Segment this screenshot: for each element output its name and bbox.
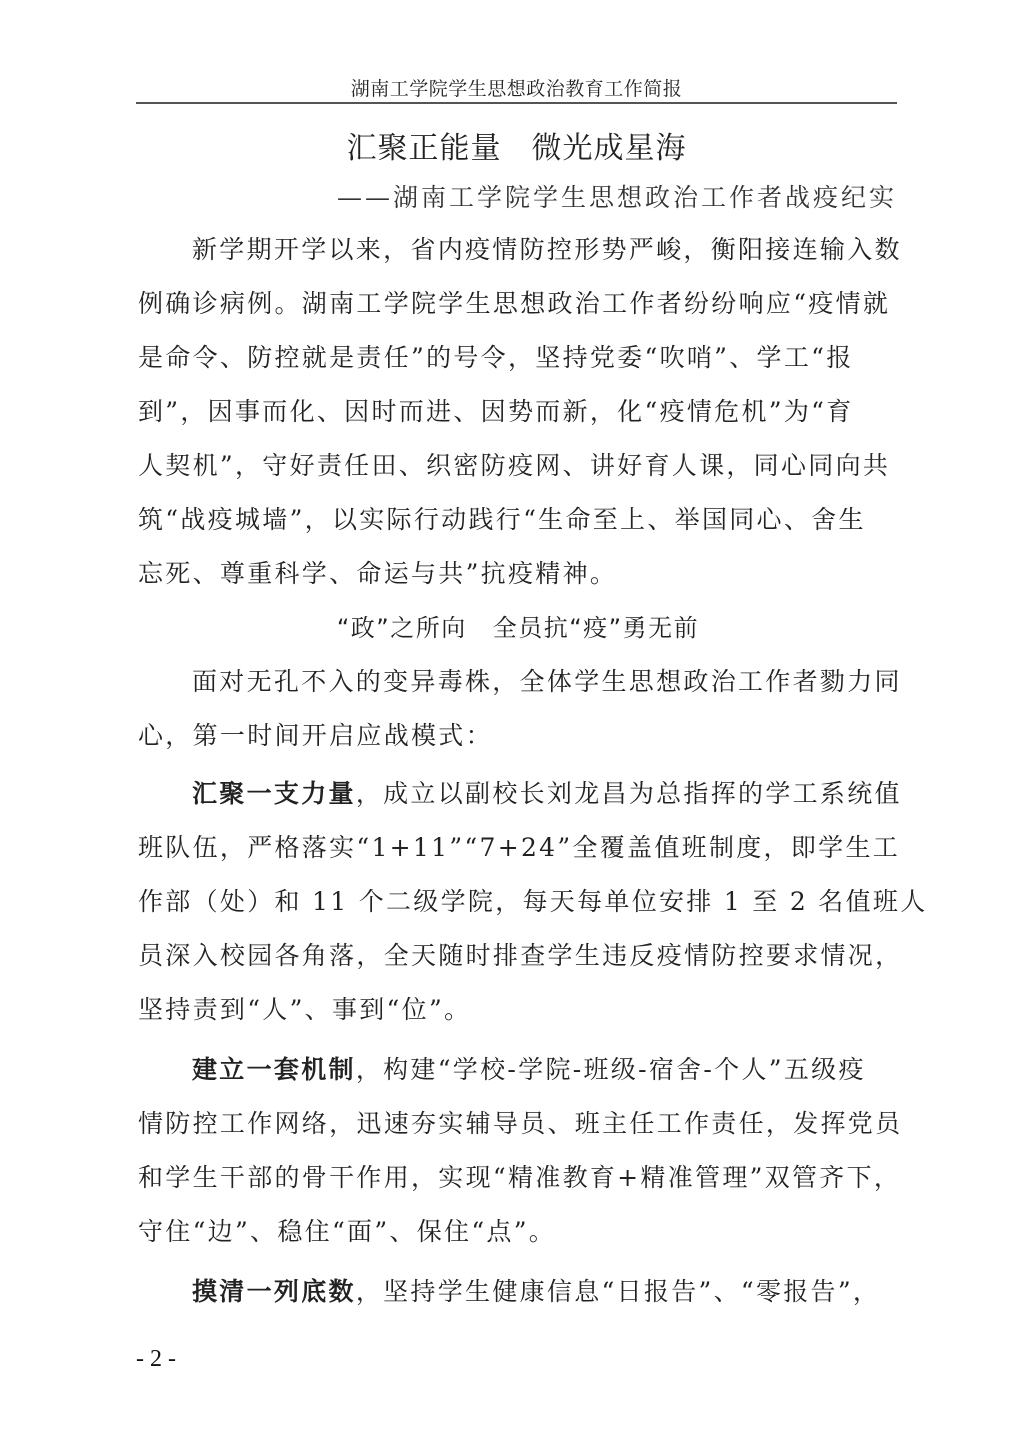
lead-line: 心，第一时间开启应战模式： bbox=[138, 714, 898, 768]
item-bold-lead: 摸清一列底数 bbox=[192, 1277, 356, 1306]
intro-line: 例确诊病例。湖南工学院学生思想政治工作者纷纷响应“疫情就 bbox=[138, 282, 898, 336]
item-line: 守住“边”、稳住“面”、保住“点”。 bbox=[138, 1210, 898, 1264]
item-first-line: 汇聚一支力量，成立以副校长刘龙昌为总指挥的学工系统值 bbox=[138, 772, 898, 826]
item-line: 员深入校园各角落，全天随时排查学生违反疫情防控要求情况， bbox=[138, 934, 898, 988]
section-heading-part-1: “政”之所向 bbox=[337, 614, 467, 642]
article-title: 汇聚正能量微光成星海 bbox=[136, 123, 897, 167]
item-first-line: 摸清一列底数，坚持学生健康信息“日报告”、“零报告”， bbox=[138, 1270, 898, 1324]
intro-line: 忘死、尊重科学、命运与共”抗疫精神。 bbox=[138, 552, 898, 606]
item-bold-lead: 汇聚一支力量 bbox=[192, 779, 356, 808]
running-header: 湖南工学院学生思想政治教育工作简报 bbox=[136, 74, 897, 101]
item-text: ，坚持学生健康信息“日报告”、“零报告”， bbox=[356, 1277, 880, 1306]
lead-line: 面对无孔不入的变异毒株，全体学生思想政治工作者勠力同 bbox=[138, 660, 898, 714]
intro-line: 是命令、防控就是责任”的号令，坚持党委“吹哨”、学工“报 bbox=[138, 336, 898, 390]
item-bold-lead: 建立一套机制 bbox=[192, 1055, 356, 1084]
intro-line: 到”，因事而化、因时而进、因势而新，化“疫情危机”为“育 bbox=[138, 390, 898, 444]
page-number: - 2 - bbox=[136, 1346, 176, 1373]
item-text: ，成立以副校长刘龙昌为总指挥的学工系统值 bbox=[356, 779, 902, 808]
document-page: 湖南工学院学生思想政治教育工作简报 汇聚正能量微光成星海 ——湖南工学院学生思想… bbox=[0, 0, 1024, 1448]
intro-line: 人契机”，守好责任田、织密防疫网、讲好育人课，同心同向共 bbox=[138, 444, 898, 498]
item-line: 作部（处）和 11 个二级学院，每天每单位安排 1 至 2 名值班人 bbox=[138, 880, 898, 934]
item-line: 情防控工作网络，迅速夯实辅导员、班主任工作责任，发挥党员 bbox=[138, 1102, 898, 1156]
intro-line: 新学期开学以来，省内疫情防控形势严峻，衡阳接连输入数 bbox=[138, 228, 898, 282]
header-rule bbox=[136, 102, 897, 104]
item-line: 和学生干部的骨干作用，实现“精准教育+精准管理”双管齐下， bbox=[138, 1156, 898, 1210]
item-first-line: 建立一套机制，构建“学校-学院-班级-宿舍-个人”五级疫 bbox=[138, 1048, 898, 1102]
item-text: ，构建“学校-学院-班级-宿舍-个人”五级疫 bbox=[356, 1055, 866, 1084]
section-heading-part-2: 全员抗“疫”勇无前 bbox=[493, 614, 699, 642]
title-part-2: 微光成星海 bbox=[532, 131, 687, 166]
item-line: 班队伍，严格落实“1+11”“7+24”全覆盖值班制度，即学生工 bbox=[138, 826, 898, 880]
section-heading: “政”之所向全员抗“疫”勇无前 bbox=[138, 606, 898, 660]
intro-line: 筑“战疫城墙”，以实际行动践行“生命至上、举国同心、舍生 bbox=[138, 498, 898, 552]
article-body: 新学期开学以来，省内疫情防控形势严峻，衡阳接连输入数 例确诊病例。湖南工学院学生… bbox=[138, 228, 898, 1324]
item-line: 坚持责到“人”、事到“位”。 bbox=[138, 988, 898, 1042]
title-part-1: 汇聚正能量 bbox=[347, 131, 502, 166]
article-subtitle: ——湖南工学院学生思想政治工作者战疫纪实 bbox=[337, 178, 897, 214]
